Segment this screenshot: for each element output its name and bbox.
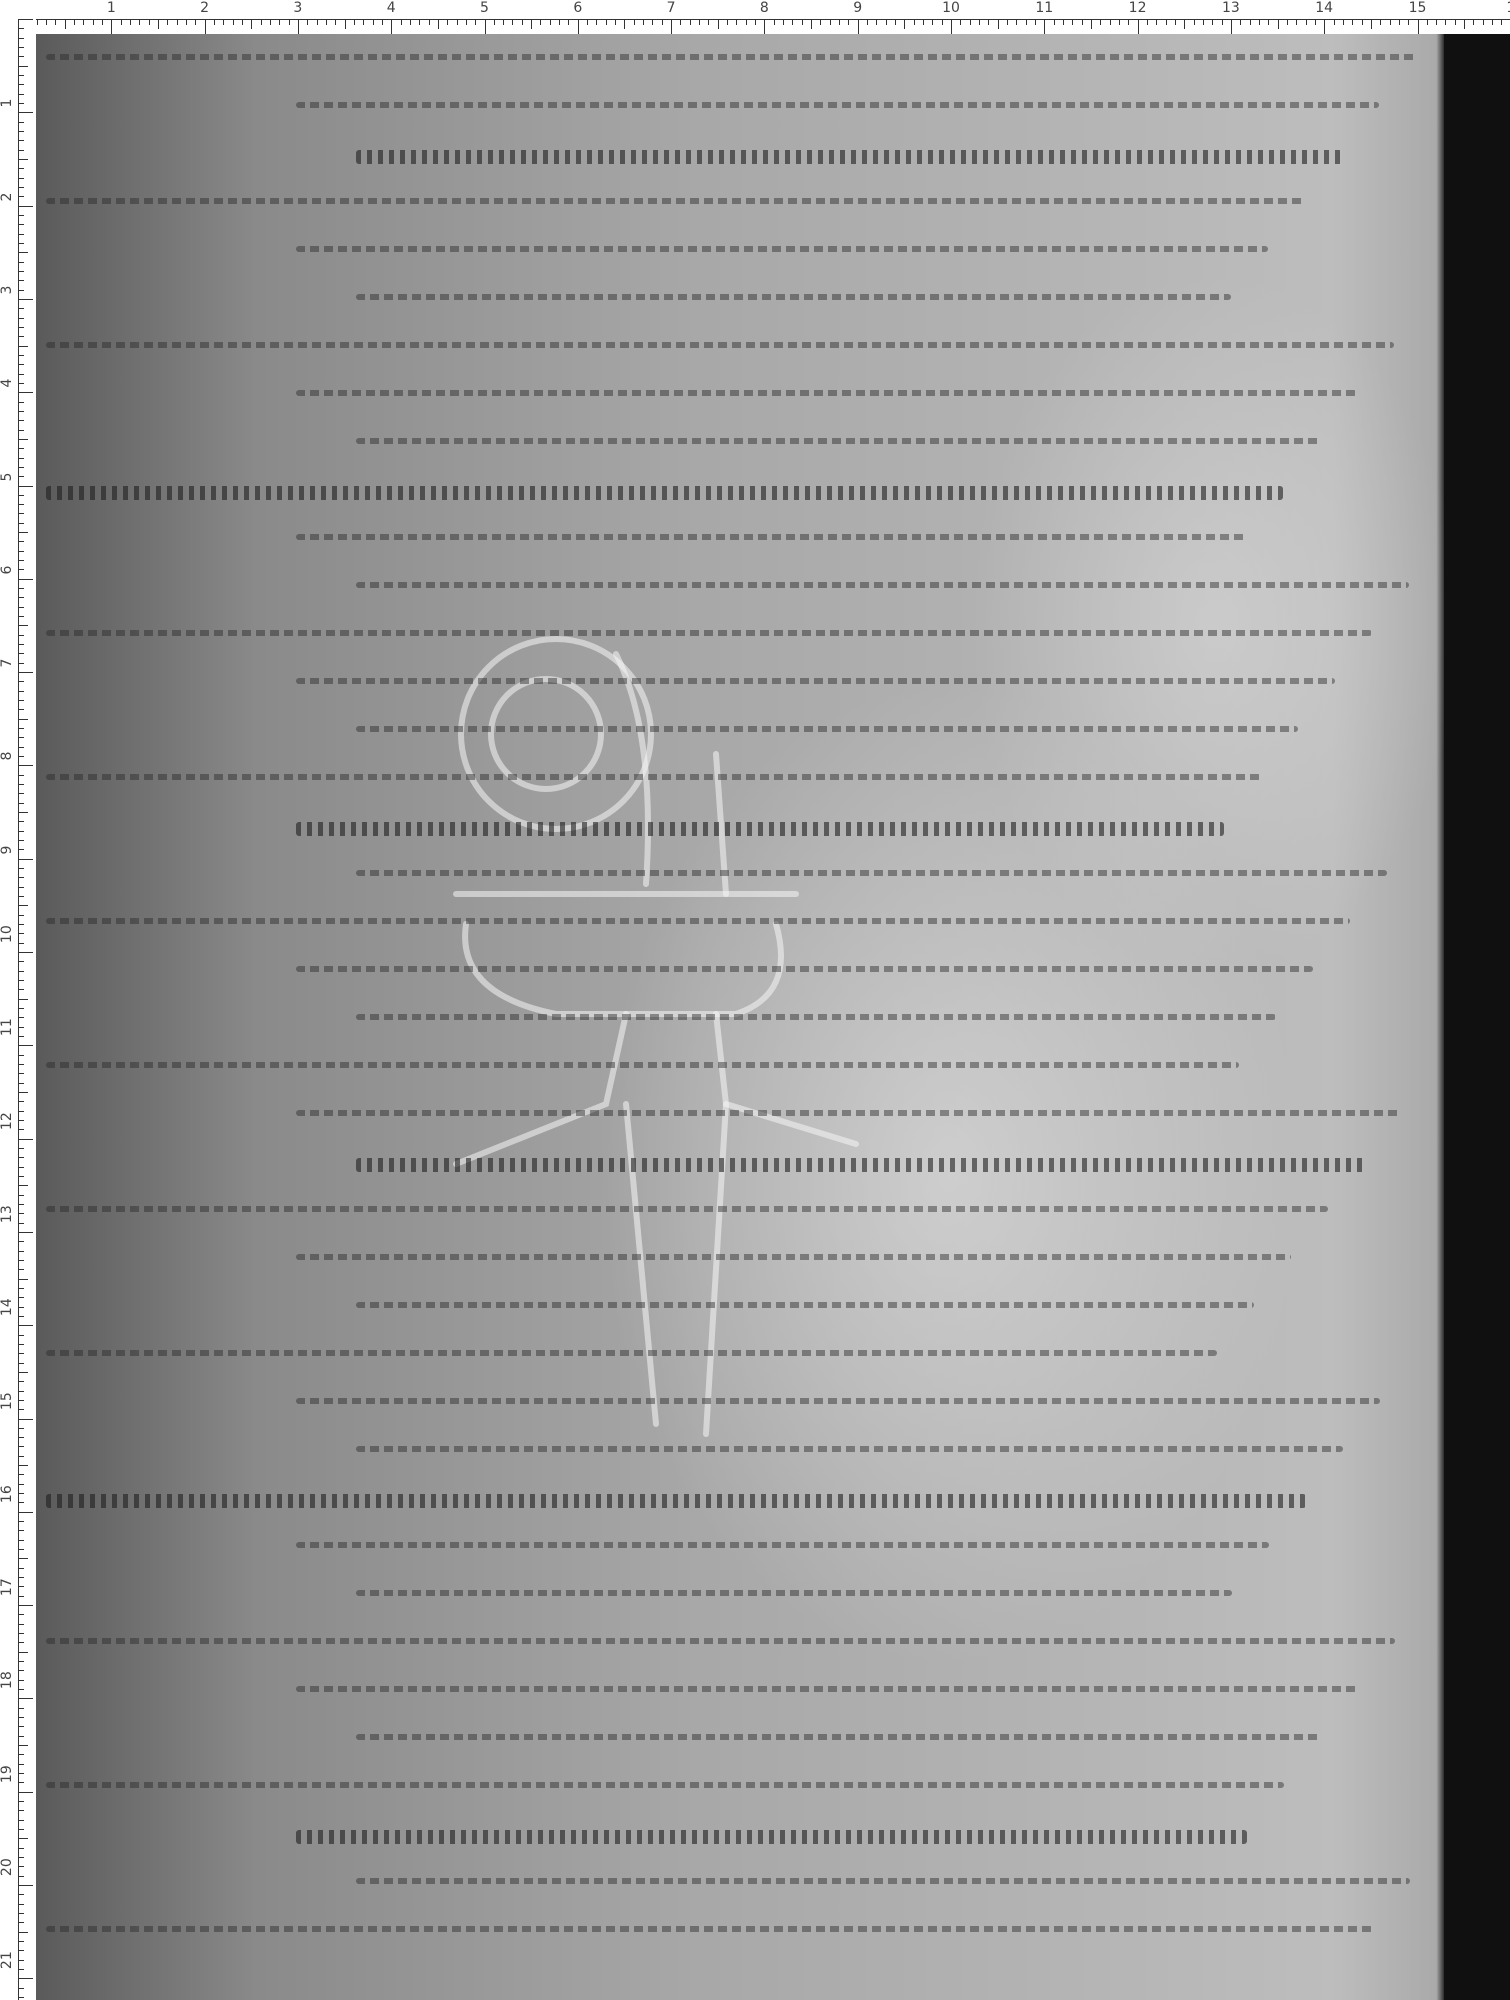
ruler-tick <box>18 1670 24 1671</box>
ruler-tick <box>18 1279 28 1280</box>
ruler-tick <box>18 1269 24 1270</box>
ruler-label: 7 <box>667 0 676 16</box>
ruler-tick <box>1306 19 1307 25</box>
ruler-tick <box>18 560 24 561</box>
ruler-tick <box>671 19 672 34</box>
manuscript-text-line <box>296 1830 1247 1844</box>
manuscript-text-line <box>356 294 1231 300</box>
ruler-tick <box>1194 19 1195 25</box>
ruler-tick <box>18 411 24 412</box>
ruler-tick <box>1212 19 1213 25</box>
ruler-tick <box>1240 19 1241 25</box>
ruler-tick <box>18 1195 24 1196</box>
ruler-label: 1 <box>1506 0 1510 16</box>
ruler-tick <box>699 19 700 25</box>
ruler-tick <box>942 19 943 25</box>
ruler-label: 13 <box>0 1205 14 1223</box>
ruler-label: 16 <box>0 1485 14 1503</box>
ruler-tick <box>960 19 961 25</box>
ruler-tick <box>1035 19 1036 25</box>
ruler-tick <box>18 1689 24 1690</box>
ruler-tick <box>18 1960 24 1961</box>
ruler-tick <box>18 1316 24 1317</box>
ruler-tick <box>18 1866 24 1867</box>
manuscript-text-line <box>296 246 1268 252</box>
ruler-tick <box>18 1661 24 1662</box>
ruler-tick <box>307 19 308 25</box>
ruler-tick <box>18 103 24 104</box>
ruler-tick <box>205 19 206 34</box>
ruler-tick <box>18 532 28 533</box>
ruler-tick <box>279 19 280 25</box>
ruler-label: 13 <box>1222 0 1240 16</box>
ruler-tick <box>18 1017 24 1018</box>
manuscript-text-line <box>296 1542 1269 1548</box>
manuscript-text-line <box>296 1110 1402 1116</box>
ruler-tick <box>18 243 24 244</box>
ruler-tick <box>587 19 588 25</box>
ruler-tick <box>18 1614 24 1615</box>
ruler-tick <box>18 756 24 757</box>
ruler-tick <box>18 1950 24 1951</box>
ruler-tick <box>466 19 467 25</box>
ruler-label: 2 <box>200 0 209 16</box>
ruler-tick <box>18 140 24 141</box>
ruler-tick <box>18 821 24 822</box>
ruler-label: 20 <box>0 1858 14 1876</box>
ruler-label: 12 <box>1129 0 1147 16</box>
ruler-tick <box>764 19 765 34</box>
ruler-tick <box>18 336 24 337</box>
ruler-tick <box>18 1484 24 1485</box>
ruler-tick <box>736 19 737 25</box>
ruler-tick <box>18 1456 24 1457</box>
ruler-tick <box>18 1064 24 1065</box>
ruler-tick <box>1287 19 1288 25</box>
manuscript-text-line <box>296 966 1313 972</box>
ruler-tick <box>18 224 24 225</box>
ruler-tick <box>848 19 849 25</box>
ruler-tick <box>988 19 989 25</box>
ruler-tick <box>18 933 24 934</box>
ruler-tick <box>335 19 336 25</box>
ruler-tick <box>1072 19 1073 25</box>
ruler-tick <box>18 94 24 95</box>
ruler-tick <box>18 252 28 253</box>
ruler-tick <box>410 19 411 25</box>
ruler-tick <box>904 19 905 29</box>
ruler-tick <box>270 19 271 25</box>
ruler-tick <box>18 700 24 701</box>
ruler-tick <box>18 1363 24 1364</box>
ruler-tick <box>18 812 28 813</box>
ruler-tick <box>18 1568 24 1569</box>
ruler-tick <box>18 840 24 841</box>
ruler-baseline <box>18 19 19 2000</box>
ruler-tick <box>18 541 24 542</box>
ruler-tick <box>18 1502 24 1503</box>
ruler-tick <box>18 47 24 48</box>
ruler-tick <box>18 989 24 990</box>
ruler-tick <box>18 1493 24 1494</box>
ruler-tick <box>18 513 24 514</box>
ruler-tick <box>18 1596 24 1597</box>
ruler-tick <box>18 1558 28 1559</box>
ruler-tick <box>18 1157 24 1158</box>
manuscript-text-line <box>356 870 1387 876</box>
ruler-tick <box>18 1829 24 1830</box>
ruler-tick <box>1324 19 1325 34</box>
ruler-tick <box>1362 19 1363 25</box>
ruler-tick <box>18 672 33 673</box>
ruler-tick <box>18 1167 24 1168</box>
ruler-tick <box>18 1409 24 1410</box>
ruler-tick <box>18 150 24 151</box>
ruler-tick <box>18 1120 24 1121</box>
ruler-tick <box>1445 19 1446 25</box>
ruler-tick <box>18 924 24 925</box>
ruler-tick <box>18 980 24 981</box>
ruler-label: 5 <box>0 472 14 481</box>
ruler-tick <box>1175 19 1176 25</box>
ruler-tick <box>18 1428 24 1429</box>
ruler-tick <box>18 849 24 850</box>
ruler-tick <box>363 19 364 25</box>
ruler-tick <box>18 1913 24 1914</box>
ruler-tick <box>83 19 84 25</box>
ruler-tick <box>18 1027 24 1028</box>
ruler-tick <box>18 1344 24 1345</box>
ruler-tick <box>867 19 868 25</box>
manuscript-text-line <box>46 54 1416 60</box>
ruler-tick <box>18 476 24 477</box>
ruler-tick <box>93 19 94 25</box>
ruler-tick <box>18 467 24 468</box>
ruler-tick <box>718 19 719 29</box>
ruler-tick <box>783 19 784 25</box>
ruler-tick <box>18 1932 28 1933</box>
ruler-tick <box>1203 19 1204 25</box>
ruler-tick <box>18 1148 24 1149</box>
ruler-label: 1 <box>107 0 116 16</box>
ruler-tick <box>18 402 24 403</box>
manuscript-text-line <box>46 1206 1328 1212</box>
ruler-tick <box>18 327 24 328</box>
ruler-tick <box>531 19 532 29</box>
ruler-tick <box>326 19 327 25</box>
ruler-tick <box>130 19 131 25</box>
ruler-tick <box>438 19 439 29</box>
manuscript-text-line <box>46 1638 1395 1644</box>
ruler-tick <box>18 1372 28 1373</box>
ruler-tick <box>373 19 374 25</box>
ruler-tick <box>401 19 402 25</box>
manuscript-text-line <box>296 1398 1380 1404</box>
manuscript-text-line <box>356 1878 1410 1884</box>
ruler-tick <box>1436 19 1437 25</box>
ruler-tick <box>18 1745 28 1746</box>
ruler-tick <box>1166 19 1167 25</box>
ruler-label: 6 <box>573 0 582 16</box>
ruler-tick <box>634 19 635 25</box>
ruler-tick <box>755 19 756 25</box>
ruler-tick <box>233 19 234 25</box>
ruler-tick <box>18 1325 33 1326</box>
ruler-tick <box>18 1446 24 1447</box>
ruler-label: 14 <box>0 1298 14 1316</box>
ruler-tick <box>1259 19 1260 25</box>
ruler-tick <box>18 1223 24 1224</box>
ruler-tick <box>1268 19 1269 25</box>
ruler-tick <box>18 1260 24 1261</box>
ruler-tick <box>18 66 28 67</box>
manuscript-text-line <box>356 1014 1276 1020</box>
ruler-tick <box>18 355 24 356</box>
ruler-tick <box>876 19 877 25</box>
ruler-tick <box>46 19 47 25</box>
ruler-tick <box>1380 19 1381 25</box>
ruler-tick <box>18 308 24 309</box>
ruler-tick <box>652 19 653 25</box>
ruler-tick <box>18 1288 24 1289</box>
ruler-tick <box>18 1736 24 1737</box>
ruler-tick <box>18 196 24 197</box>
ruler-tick <box>792 19 793 25</box>
ruler-tick <box>18 803 24 804</box>
ruler-tick <box>708 19 709 25</box>
ruler-tick <box>186 19 187 25</box>
ruler-tick <box>18 709 24 710</box>
ruler-tick <box>1418 19 1419 34</box>
ruler-tick <box>18 971 24 972</box>
manuscript-text-line <box>296 390 1357 396</box>
ruler-tick <box>923 19 924 25</box>
ruler-tick <box>596 19 597 25</box>
ruler-tick <box>447 19 448 25</box>
ruler-tick <box>18 1894 24 1895</box>
ruler-tick <box>1250 19 1251 25</box>
ruler-tick <box>690 19 691 25</box>
ruler-tick <box>1352 19 1353 25</box>
ruler-label: 10 <box>942 0 960 16</box>
ruler-tick <box>121 19 122 25</box>
ruler-tick <box>18 112 33 113</box>
ruler-tick <box>18 1391 24 1392</box>
ruler-tick <box>223 19 224 25</box>
ruler-tick <box>1390 19 1391 25</box>
ruler-tick <box>167 19 168 25</box>
ruler-tick <box>18 1512 33 1513</box>
ruler-tick <box>18 635 24 636</box>
ruler-tick <box>18 448 24 449</box>
ruler-tick <box>18 1083 24 1084</box>
ruler-tick <box>1464 19 1465 29</box>
ruler-tick <box>18 1633 24 1634</box>
ruler-tick <box>18 1465 28 1466</box>
ruler-tick <box>18 1997 24 1998</box>
ruler-tick <box>18 915 24 916</box>
ruler-tick <box>1044 19 1045 34</box>
ruler-tick <box>1473 19 1474 25</box>
ruler-tick <box>18 877 24 878</box>
ruler-tick <box>18 999 28 1000</box>
manuscript-text-line <box>356 1302 1254 1308</box>
ruler-tick <box>18 1213 24 1214</box>
ruler-tick <box>18 1521 24 1522</box>
ruler-tick <box>1492 19 1493 25</box>
manuscript-text-line <box>46 342 1394 348</box>
ruler-tick <box>18 1129 24 1130</box>
ruler-tick <box>18 299 33 300</box>
ruler-label: 4 <box>0 379 14 388</box>
manuscript-text-line <box>356 1734 1321 1740</box>
ruler-tick <box>522 19 523 25</box>
ruler-tick <box>18 719 28 720</box>
ruler-tick <box>345 19 346 29</box>
ruler-label: 9 <box>0 845 14 854</box>
ruler-tick <box>18 607 24 608</box>
ruler-tick <box>18 1652 28 1653</box>
manuscript-text-line <box>46 486 1283 500</box>
ruler-tick <box>18 1530 24 1531</box>
ruler-tick <box>18 1820 24 1821</box>
ruler-tick <box>18 747 24 748</box>
ruler-tick <box>559 19 560 25</box>
manuscript-text-line <box>46 1062 1239 1068</box>
ruler-tick <box>18 1586 24 1587</box>
ruler-tick <box>18 1241 24 1242</box>
ruler-tick <box>18 1437 24 1438</box>
scan-background-edge <box>1444 34 1510 2000</box>
ruler-tick <box>1334 19 1335 25</box>
ruler-tick <box>18 765 33 766</box>
ruler-tick <box>65 19 66 29</box>
manuscript-text-line <box>296 678 1335 684</box>
ruler-tick <box>18 215 24 216</box>
ruler-label: 14 <box>1315 0 1333 16</box>
ruler-tick <box>1016 19 1017 25</box>
manuscript-text-line <box>296 534 1246 540</box>
ruler-tick <box>1483 19 1484 25</box>
ruler-tick <box>18 1419 33 1420</box>
ruler-tick <box>18 644 24 645</box>
ruler-tick <box>18 1204 24 1205</box>
ruler-tick <box>18 1381 24 1382</box>
ruler-label: 21 <box>0 1952 14 1970</box>
ruler-tick <box>195 19 196 25</box>
ruler-tick <box>18 1876 24 1877</box>
ruler-tick <box>18 831 24 832</box>
ruler-tick <box>391 19 392 34</box>
ruler-tick <box>18 75 24 76</box>
ruler-tick <box>18 439 28 440</box>
ruler-tick <box>18 271 24 272</box>
ruler-tick <box>858 19 859 34</box>
ruler-tick <box>18 383 24 384</box>
ruler-tick <box>18 1838 28 1839</box>
ruler-label: 1 <box>0 99 14 108</box>
ruler-label: 2 <box>0 192 14 201</box>
ruler-tick <box>18 1139 33 1140</box>
ruler-tick <box>18 1111 24 1112</box>
ruler-tick <box>457 19 458 25</box>
ruler-tick <box>18 1008 24 1009</box>
ruler-tick <box>18 486 33 487</box>
ruler-tick <box>18 1176 24 1177</box>
ruler-tick <box>746 19 747 25</box>
ruler-tick <box>18 1073 24 1074</box>
ruler-tick <box>261 19 262 25</box>
ruler-tick <box>18 653 24 654</box>
ruler-tick <box>18 551 24 552</box>
ruler-tick <box>820 19 821 25</box>
ruler-tick <box>18 420 24 421</box>
manuscript-text-line <box>296 1686 1358 1692</box>
ruler-tick <box>494 19 495 25</box>
manuscript-text-line <box>46 1494 1306 1508</box>
ruler-tick <box>419 19 420 25</box>
ruler-tick <box>149 19 150 25</box>
ruler-tick <box>606 19 607 25</box>
ruler-label: 3 <box>0 286 14 295</box>
ruler-tick <box>18 1353 24 1354</box>
ruler-tick <box>680 19 681 25</box>
manuscript-text-line <box>356 1446 1343 1452</box>
ruler-tick <box>1147 19 1148 25</box>
ruler-tick <box>1091 19 1092 29</box>
ruler-tick <box>18 569 24 570</box>
ruler-tick <box>111 19 112 34</box>
manuscript-text-line <box>46 1926 1373 1932</box>
ruler-tick <box>18 234 24 235</box>
ruler-tick <box>18 1605 33 1606</box>
ruler-tick <box>18 262 24 263</box>
ruler-tick <box>1455 19 1456 25</box>
ruler-tick <box>1082 19 1083 25</box>
manuscript-text-line <box>46 1350 1217 1356</box>
ruler-tick <box>18 784 24 785</box>
ruler-tick <box>578 19 579 34</box>
ruler-tick <box>485 19 486 34</box>
ruler-tick <box>18 793 24 794</box>
ruler-tick <box>289 19 290 25</box>
ruler-tick <box>18 1045 33 1046</box>
ruler-tick <box>18 504 24 505</box>
ruler-tick <box>802 19 803 25</box>
ruler-label: 5 <box>480 0 489 16</box>
ruler-tick <box>18 1540 24 1541</box>
ruler-label: 18 <box>0 1672 14 1690</box>
ruler-tick <box>18 28 24 29</box>
ruler-tick <box>18 737 24 738</box>
ruler-tick <box>382 19 383 25</box>
ruler-tick <box>1399 19 1400 25</box>
ruler-tick <box>18 1922 24 1923</box>
ruler-tick <box>18 1185 28 1186</box>
ruler-tick <box>429 19 430 25</box>
manuscript-text-line <box>46 1782 1284 1788</box>
ruler-tick <box>951 19 952 34</box>
manuscript-text-line <box>296 102 1379 108</box>
ruler-tick <box>18 961 24 962</box>
ruler-tick <box>550 19 551 25</box>
ruler-tick <box>177 19 178 25</box>
ruler-tick <box>1119 19 1120 25</box>
ruler-tick <box>979 19 980 25</box>
ruler-tick <box>18 1251 24 1252</box>
ruler-tick <box>18 318 24 319</box>
ruler-label: 15 <box>0 1392 14 1410</box>
